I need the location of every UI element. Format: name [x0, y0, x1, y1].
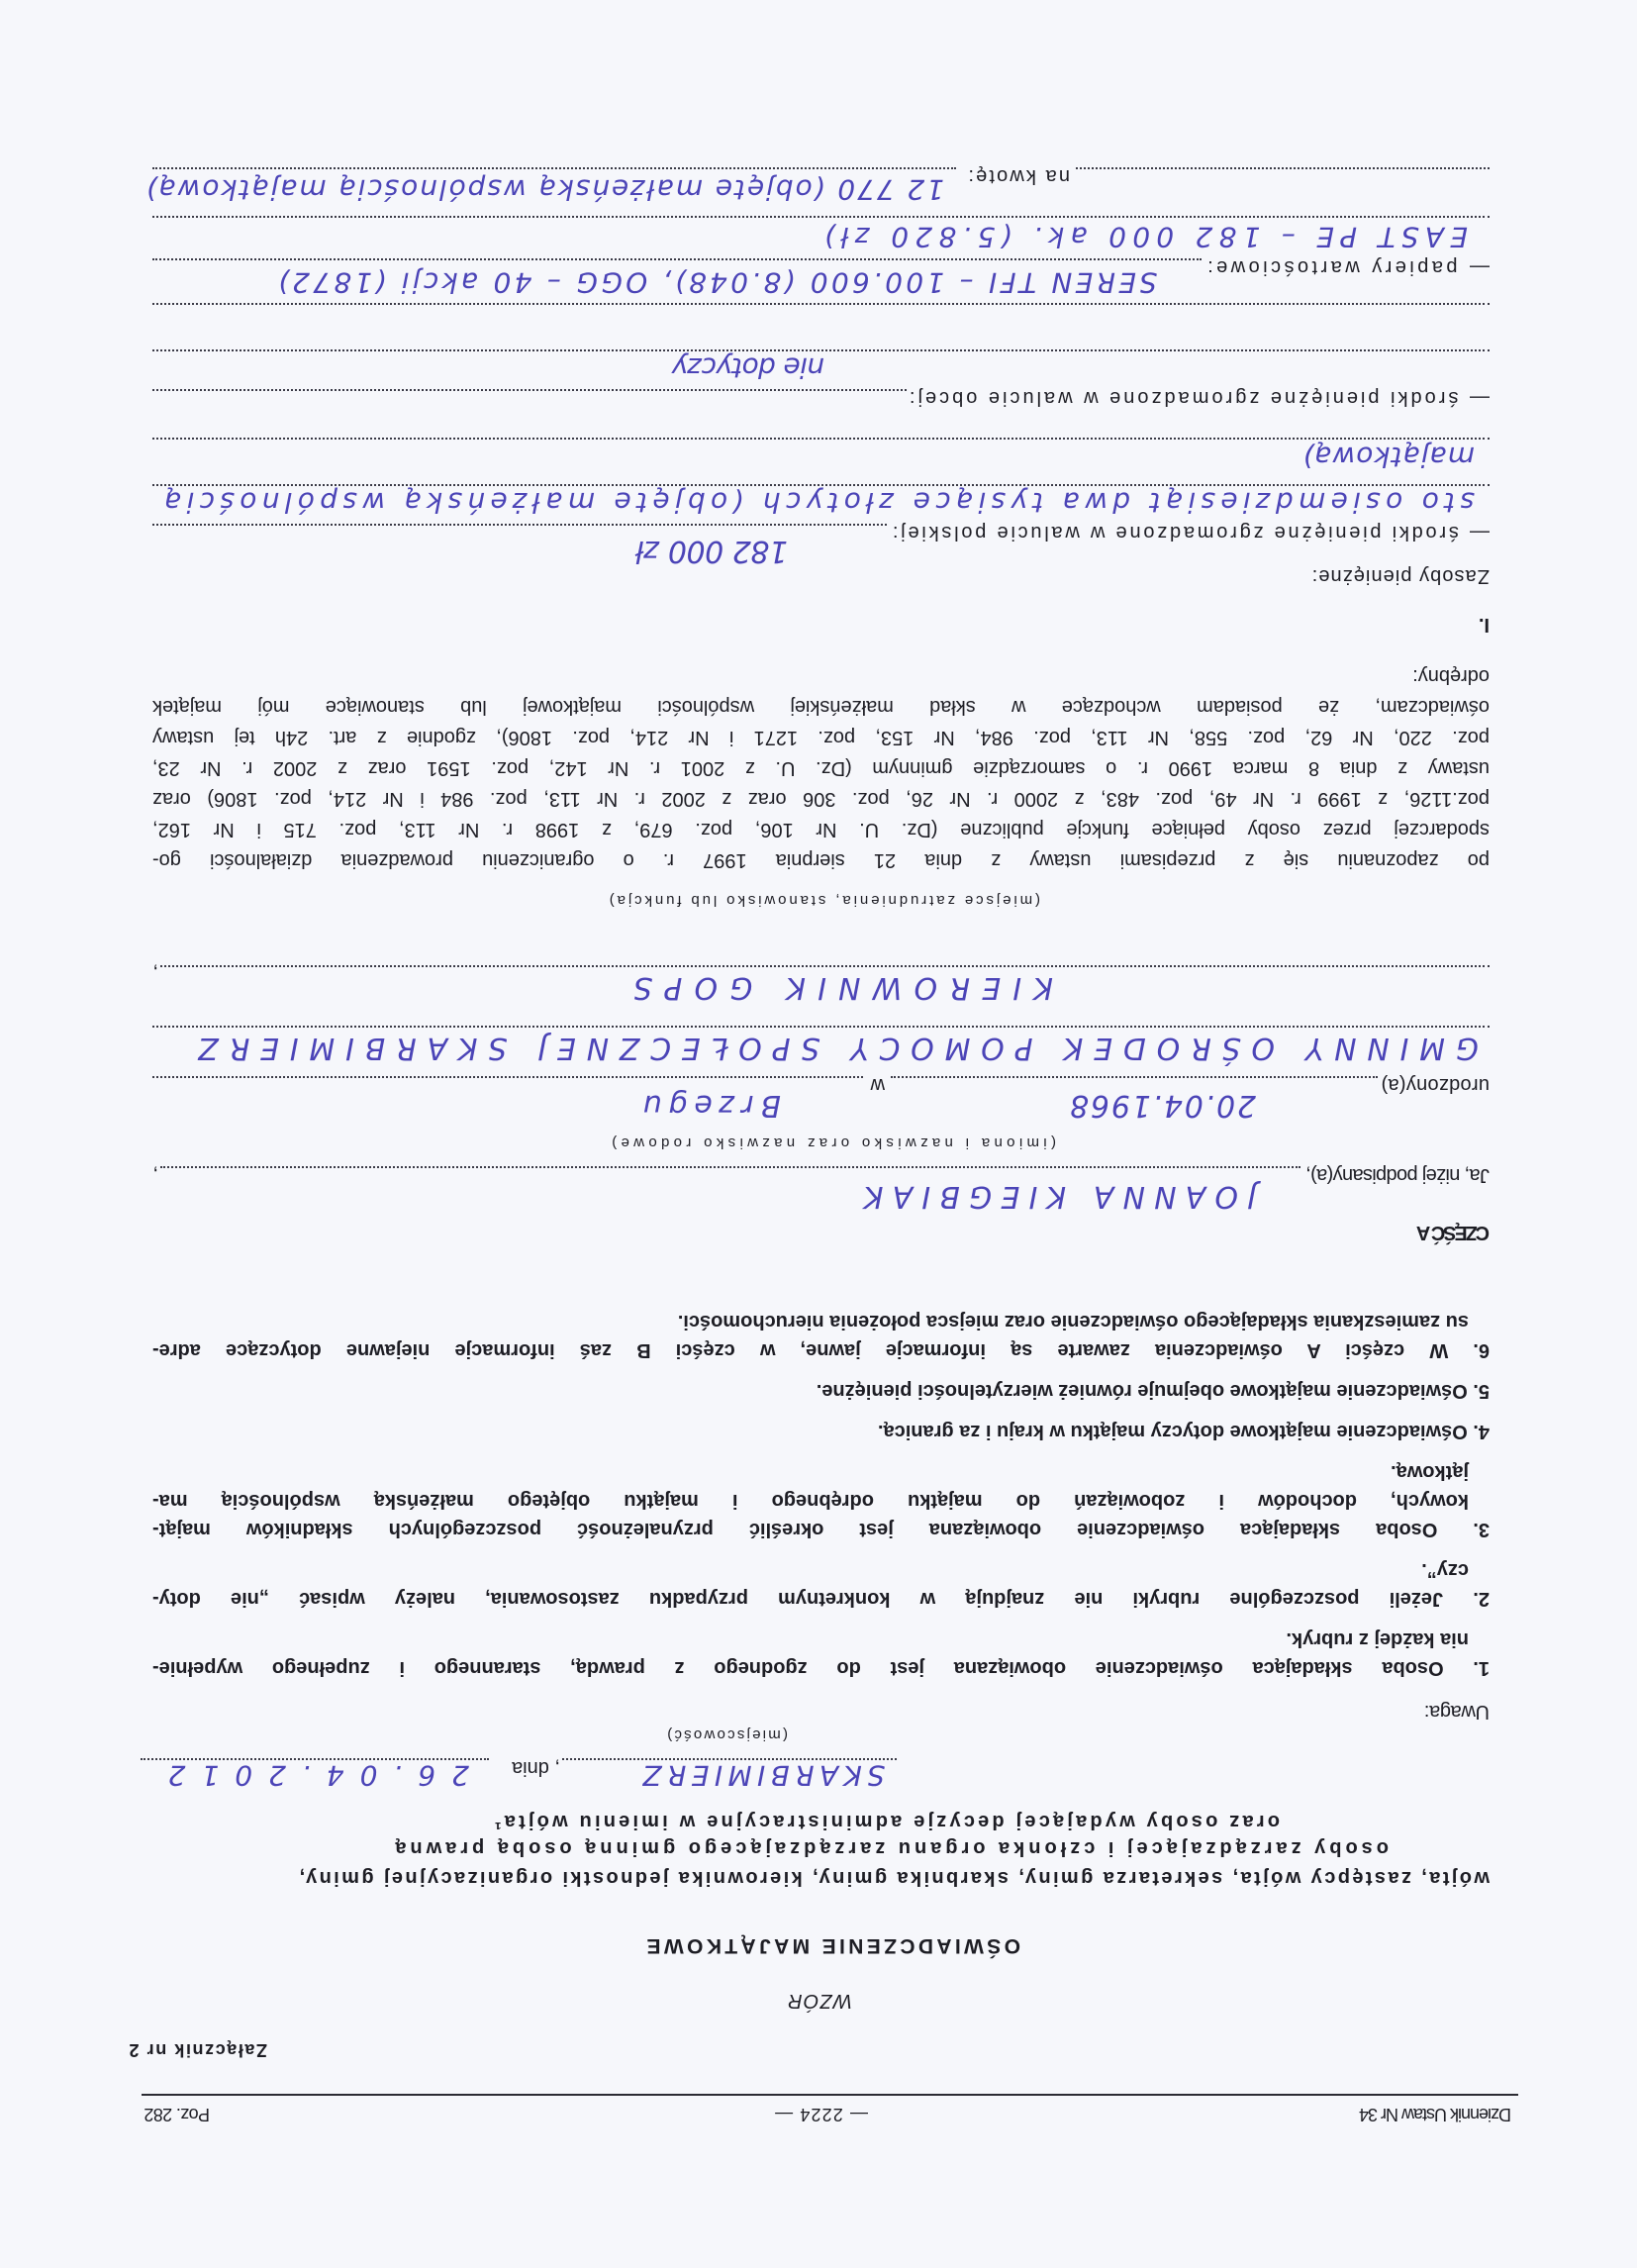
page-number: — 2224 — — [774, 2104, 868, 2125]
pln-cash-dots — [152, 524, 887, 526]
subtitle-line: oraz osoby wydającej decyzje administrac… — [492, 1811, 1280, 1832]
pln-cash-amount-handwritten: 182 000 zł — [636, 534, 788, 567]
declarant-trailing-comma: , — [152, 1164, 158, 1186]
subtitle-line: osoby zarządzającej i członka organu zar… — [391, 1837, 1389, 1859]
securities-handwritten: EAST PE – 182 000 ak. (5.820 zł) — [818, 221, 1468, 252]
foreign-cash-dots — [152, 303, 1490, 305]
section-1-heading: Zasoby pieniężne: — [1311, 565, 1490, 587]
birth-date-handwritten: 20.04.1968 — [1068, 1088, 1256, 1122]
securities-amount-dots — [152, 167, 956, 169]
pln-cash-words-handwritten: sto osiemdziesiąt dwa tysiące złotych (o… — [159, 486, 1475, 518]
birth-place-handwritten: Brzegu — [636, 1088, 781, 1122]
part-a-heading: CZĘŚĆ A — [1418, 1222, 1490, 1243]
header-rule — [142, 2094, 1518, 2096]
securities-dots — [152, 216, 1490, 218]
pln-cash-words-handwritten: majątkową) — [1301, 441, 1475, 472]
birth-place-dots — [152, 1076, 863, 1078]
declarant-caption: (imiona i nazwisko oraz nazwisko rodowe) — [608, 1134, 1056, 1150]
date-label: , dnia — [512, 1757, 560, 1779]
notice-label: Uwaga: — [1424, 1701, 1490, 1723]
securities-amount-label: na kwotę: — [966, 165, 1070, 187]
declarant-label: Ja, niżej podpisany(a), — [1306, 1164, 1490, 1186]
statement-line: poz. 220, Nr 62, poz. 558, Nr 113, poz. … — [152, 727, 1490, 748]
pln-cash-label: — środki pieniężne zgromadzone w walucie… — [890, 522, 1490, 543]
statement-line: ustawy z dnia 8 marca 1990 r. o samorząd… — [152, 757, 1490, 779]
birth-in-label: w — [871, 1074, 885, 1096]
place-caption: (miejscowość) — [665, 1726, 788, 1742]
notice-item-5: 5. Oświadczenie majątkowe obejmuje równi… — [817, 1380, 1490, 1402]
birth-label: urodzony(a) — [1381, 1074, 1490, 1096]
statement-line: poz.1126, z 1999 r. Nr 49, poz. 483, z 2… — [152, 788, 1490, 810]
statement-line: oświadczam, że posiadam wchodzące w skła… — [152, 696, 1490, 718]
foreign-cash-handwritten: nie dotyczy — [672, 351, 824, 383]
position-number: Poz. 282 — [144, 2104, 210, 2125]
foreign-cash-dots — [152, 389, 907, 391]
pln-cash-dots — [152, 438, 1490, 440]
notice-item-6-cont: su zamieszkania składającego oświadczeni… — [678, 1311, 1469, 1332]
securities-handwritten: SEREN TFI – 100.600 (8.048), OGG – 40 ak… — [275, 266, 1157, 298]
employment-caption: (miejsce zatrudnienia, stanowisko lub fu… — [607, 892, 1040, 908]
securities-dots — [152, 258, 1202, 260]
statement-line: po zapoznaniu się z przepisami ustawy z … — [152, 849, 1490, 871]
page-title: OŚWIADCZENIE MAJĄTKOWE — [643, 1934, 1020, 1956]
statement-line: spodarczej przez osoby pełniące funkcje … — [152, 819, 1490, 840]
notice-item-2: 2. Jeżeli poszczególne rubryki nie znajd… — [152, 1588, 1490, 1610]
securities-amount-handwritten: 12 770 (objęte małżeńską wspólnością maj… — [144, 173, 944, 205]
employment-dots — [152, 1026, 1490, 1028]
foreign-cash-label: — środki pieniężne zgromadzone w walucie… — [907, 387, 1490, 409]
employment-dots — [160, 965, 1490, 967]
notice-item-1-cont: nia każdej z rubryk. — [1286, 1628, 1469, 1650]
template-label: WZÓR — [787, 1990, 852, 2012]
place-handwritten: SKARBIMIERZ — [637, 1759, 885, 1791]
birth-date-dots — [891, 1076, 1378, 1078]
document-page: Dziennik Ustaw Nr 34 — 2224 — Poz. 282 Z… — [0, 0, 1637, 2268]
notice-item-3-cont: kowych, dochodów i zobowiązań do majątku… — [152, 1490, 1469, 1512]
declarant-name-handwritten: JOANNA KIEGBIAK — [855, 1179, 1256, 1213]
position-handwritten: KIEROWNIK GOPS — [622, 970, 1053, 1004]
section-1-number: I. — [1479, 614, 1490, 636]
employment-trailing-comma: , — [152, 962, 158, 984]
notice-item-3: 3. Osoba składająca oświadczenie obowiąz… — [152, 1519, 1490, 1540]
declarant-field-dots — [160, 1166, 1300, 1168]
notice-item-3-cont: jątkową. — [1391, 1461, 1469, 1483]
subtitle-line: wójta, zastępcy wójta, sekretarza gminy,… — [297, 1867, 1490, 1889]
statement-line: odrębny: — [1412, 665, 1490, 687]
notice-item-4: 4. Oświadczenie majątkowe dotyczy majątk… — [878, 1421, 1490, 1442]
notice-item-2-cont: czy”. — [1421, 1559, 1469, 1581]
securities-amount-dots — [1076, 167, 1490, 169]
attachment-label: Załącznik nr 2 — [128, 2039, 267, 2061]
journal-title: Dziennik Ustaw Nr 34 — [1360, 2104, 1511, 2125]
securities-label: — papiery wartościowe: — [1204, 256, 1490, 278]
foreign-cash-dots — [152, 349, 1490, 351]
employer-handwritten: GMINNY OŚRODEK POMOCY SPOŁECZNEJ SKARBIM… — [187, 1031, 1479, 1064]
date-handwritten: 26.04.2012 — [152, 1759, 469, 1791]
notice-item-6: 6. W części A oświadczenia zawarte są in… — [152, 1339, 1490, 1361]
pln-cash-dots — [152, 484, 1490, 486]
notice-item-1: 1. Osoba składająca oświadczenie obowiąz… — [152, 1657, 1490, 1679]
